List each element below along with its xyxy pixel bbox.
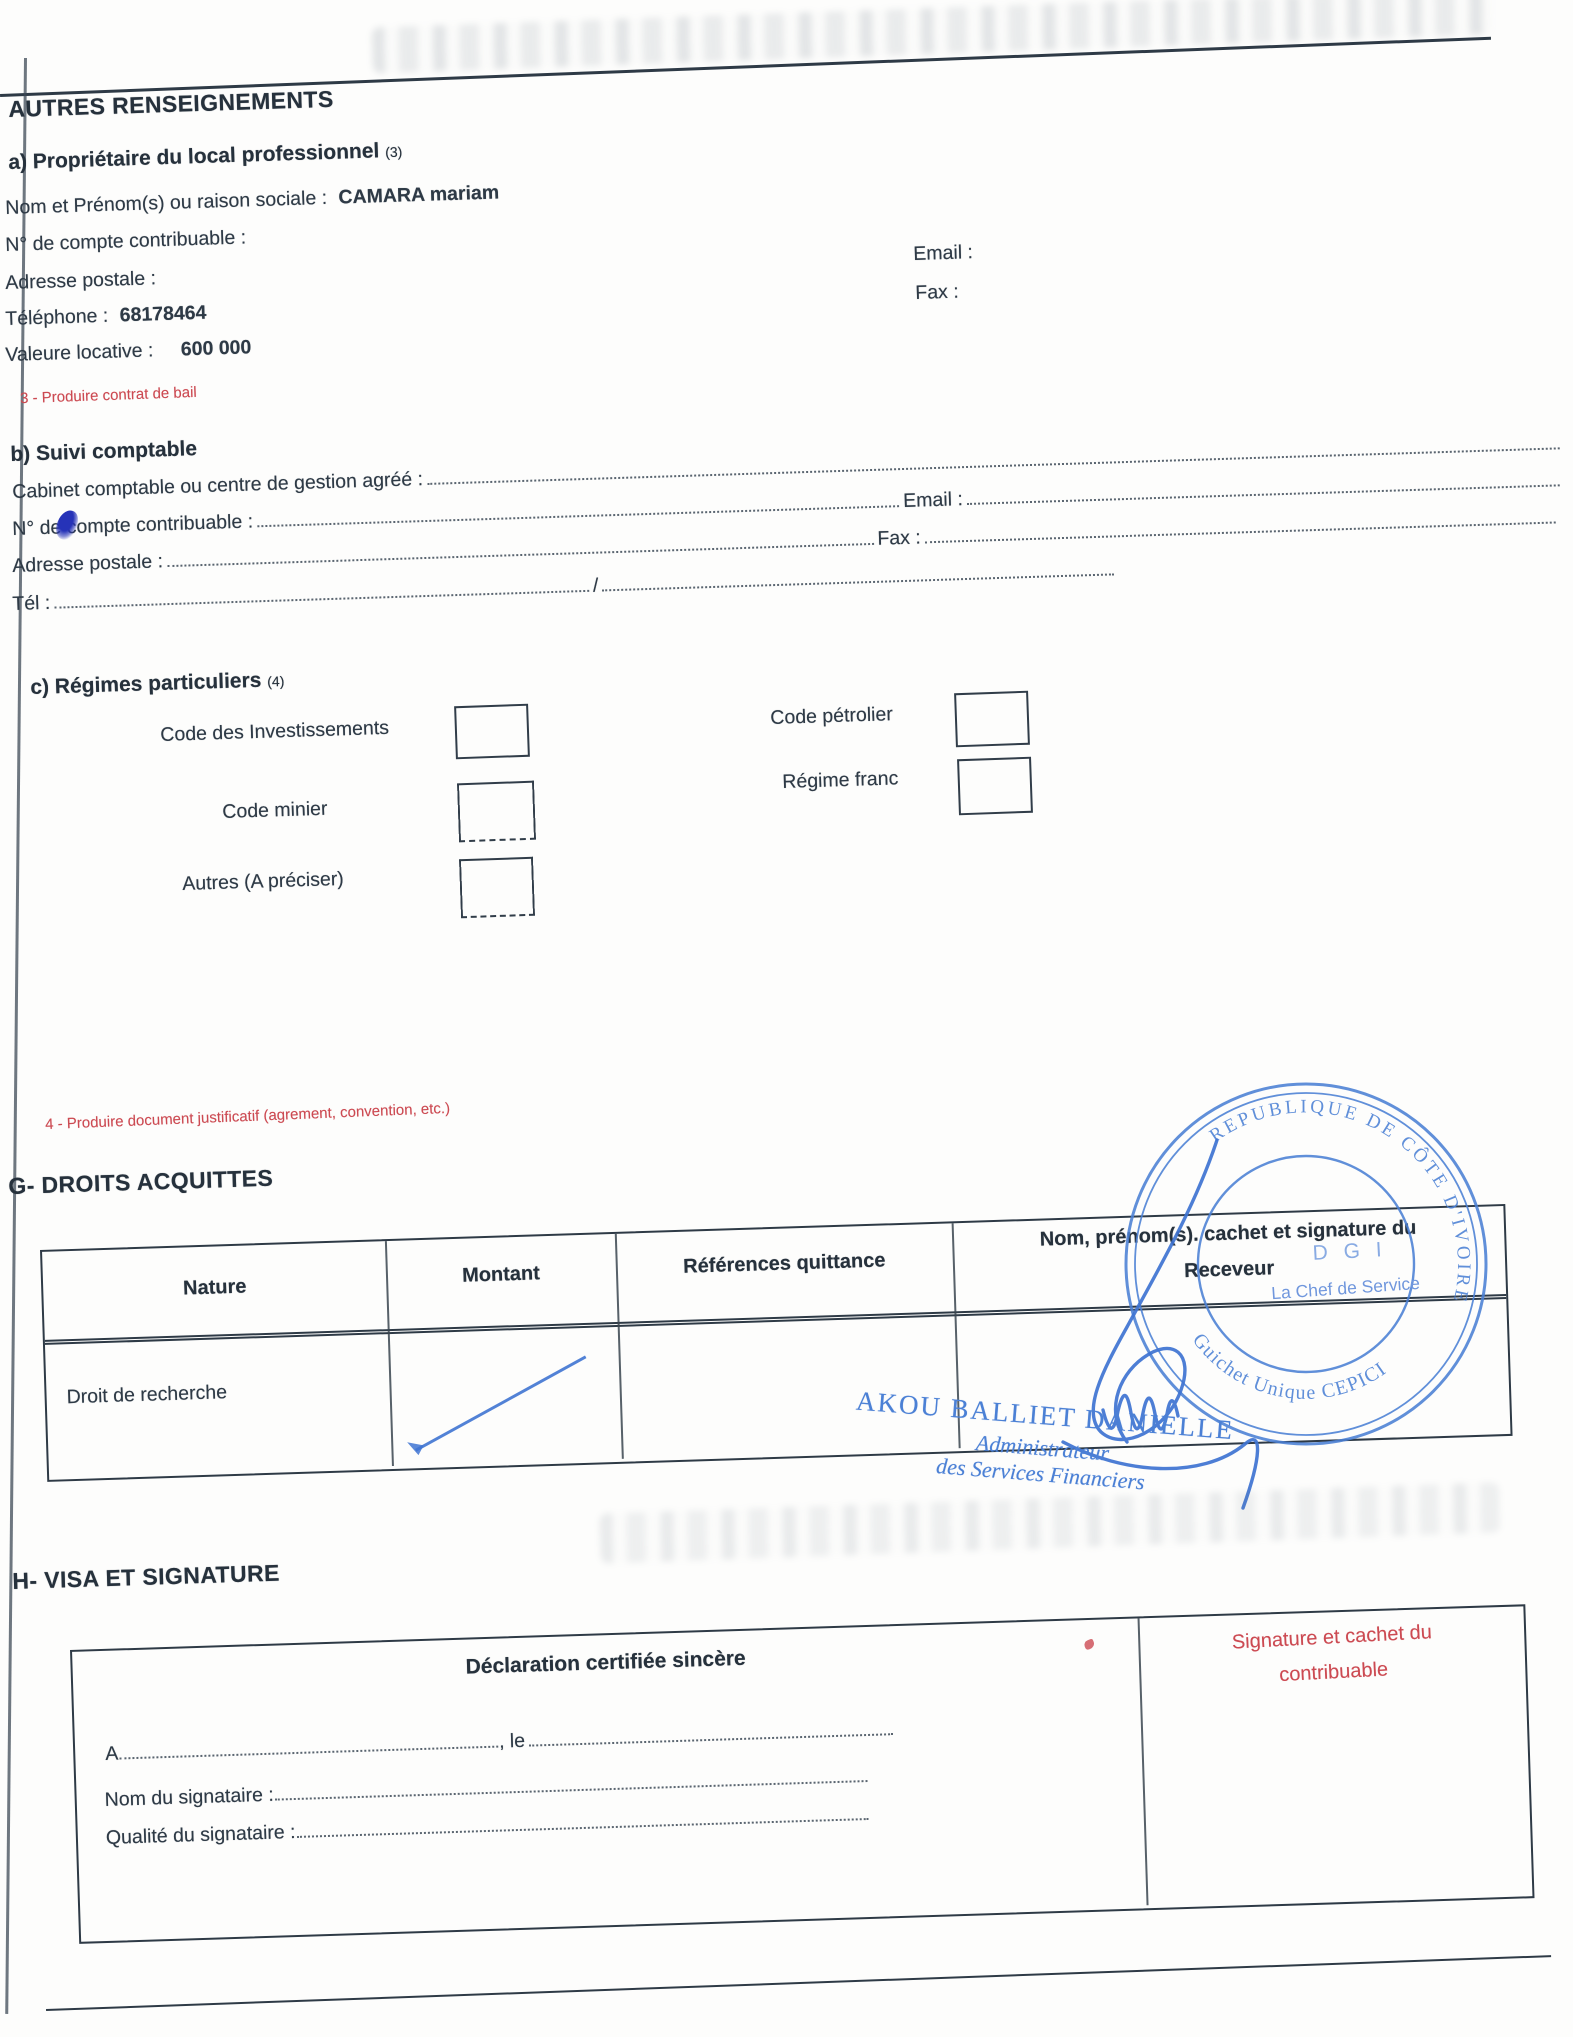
scanned-form-page: AUTRES RENSEIGNEMENTS a) Propriétaire du…	[0, 0, 1573, 2037]
visa-a-label: A	[105, 1743, 119, 1766]
compte-contribuable-fill-line	[257, 492, 900, 527]
page-bottom-edge-line	[46, 1955, 1551, 2011]
email-fill-line-b	[967, 471, 1560, 505]
fax-fill-line-b	[924, 509, 1555, 544]
compte-contribuable-label-b: N° de compte contribuable :	[12, 510, 253, 541]
regime-autres-checkbox[interactable]	[459, 857, 535, 919]
fax-label-a: Fax :	[915, 281, 959, 305]
regime-franc-label: Régime franc	[782, 767, 899, 794]
field-telephone: Téléphone : 68178464	[5, 302, 207, 331]
visa-qualite-signataire-row: Qualité du signataire :	[106, 1803, 870, 1850]
regime-investissements-checkbox[interactable]	[454, 704, 530, 760]
valeur-locative-value: 600 000	[180, 336, 251, 360]
visa-le-label: , le	[499, 1730, 526, 1754]
regime-franc-checkbox[interactable]	[957, 757, 1033, 816]
nom-signataire-label: Nom du signataire :	[104, 1784, 274, 1812]
signature-cachet-contribuable-label: Signature et cachet du contribuable	[1143, 1611, 1522, 1701]
section-a-footnote-ref: (3)	[385, 144, 403, 161]
field-nom-raison-sociale: Nom et Prénom(s) ou raison sociale : CAM…	[5, 181, 500, 220]
col-header-references: Références quittance	[616, 1247, 954, 1281]
section-a-title-text: a) Propriétaire du local professionnel	[8, 139, 380, 174]
fax-label-b: Fax :	[877, 526, 921, 550]
section-a-title: a) Propriétaire du local professionnel (…	[8, 139, 403, 175]
email-label-b: Email :	[903, 488, 963, 513]
nom-raison-sociale-value: CAMARA mariam	[338, 181, 499, 208]
section-b-title: b) Suivi comptable	[10, 437, 197, 467]
tel-slash: /	[593, 575, 599, 598]
tel-label-b: Tél :	[12, 592, 51, 616]
regime-minier-checkbox[interactable]	[457, 781, 536, 843]
droits-row-nature-value: Droit de recherche	[66, 1381, 227, 1409]
regime-petrolier-checkbox[interactable]	[954, 691, 1030, 748]
regime-petrolier-label: Code pétrolier	[770, 703, 893, 730]
visa-box: Déclaration certifiée sincère Signature …	[70, 1604, 1535, 1944]
section-c-title-text: c) Régimes particuliers	[30, 669, 262, 699]
stamp-dgi-text: D G I	[1312, 1238, 1387, 1265]
section-c-footnote-ref: (4)	[267, 673, 285, 690]
adresse-postale-label-a: Adresse postale :	[5, 267, 156, 295]
regime-autres-label: Autres (A préciser)	[182, 868, 344, 896]
section-g-title: G- DROITS ACQUITTES	[8, 1165, 274, 1200]
footnote-3: 3 - Produire contrat de bail	[20, 384, 197, 407]
telephone-label: Téléphone :	[5, 305, 109, 330]
adresse-postale-label-b: Adresse postale :	[12, 550, 163, 578]
telephone-value: 68178464	[119, 302, 206, 327]
qualite-signataire-fill-line	[296, 1805, 868, 1838]
section-h-title: H- VISA ET SIGNATURE	[12, 1560, 280, 1595]
qualite-signataire-label: Qualité du signataire :	[106, 1821, 296, 1850]
section-c-title: c) Régimes particuliers (4)	[30, 668, 285, 700]
nom-signataire-fill-line	[274, 1767, 867, 1801]
col-header-nature: Nature	[43, 1271, 387, 1305]
visa-nom-signataire-row: Nom du signataire :	[104, 1765, 868, 1812]
visa-lieu-fill-line	[119, 1733, 498, 1760]
regime-minier-label: Code minier	[222, 798, 328, 824]
adresse-fill-line-b	[167, 530, 874, 567]
col-header-montant: Montant	[386, 1260, 617, 1290]
regime-investissements-label: Code des Investissements	[160, 717, 389, 747]
footnote-4: 4 - Produire document justificatif (agre…	[45, 1100, 451, 1133]
declaration-certifiee-title: Déclaration certifiée sincère	[73, 1634, 1139, 1691]
compte-contribuable-label-a: N° de compte contribuable :	[5, 226, 246, 257]
visa-lieu-date-row: A , le	[105, 1718, 897, 1766]
email-label-a: Email :	[913, 241, 973, 266]
tel-fill-line-2	[602, 560, 1114, 591]
tel-fill-line-1	[54, 577, 589, 609]
bleed-through-smudge-top	[372, 0, 1493, 74]
visa-date-fill-line	[529, 1720, 893, 1746]
cabinet-comptable-label: Cabinet comptable ou centre de gestion a…	[12, 468, 423, 504]
tel-row-spacer	[1118, 561, 1560, 575]
field-valeur-locative: Valeure locative : 600 000	[5, 336, 252, 367]
nom-raison-sociale-label: Nom et Prénom(s) ou raison sociale :	[5, 187, 327, 219]
valeur-locative-label: Valeure locative :	[5, 339, 154, 366]
